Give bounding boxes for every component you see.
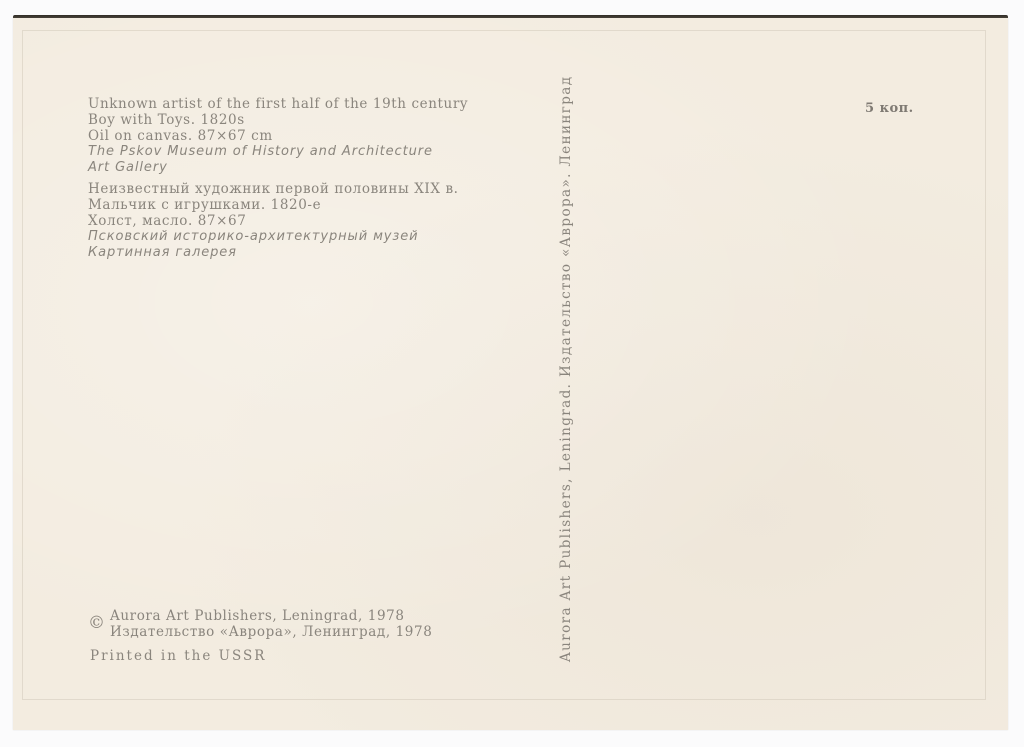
gallery-ru: Картинная галерея — [88, 245, 459, 261]
copyright-en: Aurora Art Publishers, Leningrad, 1978 — [110, 608, 432, 624]
vertical-publisher-imprint: Aurora Art Publishers, Leningrad. Издате… — [558, 76, 574, 662]
copyright-ru: Издательство «Аврора», Ленинград, 1978 — [110, 624, 432, 640]
museum-en: The Pskov Museum of History and Architec… — [88, 144, 468, 160]
printed-in: Printed in the USSR — [90, 648, 432, 664]
title-date-ru: Мальчик с игрушками. 1820-е — [88, 197, 459, 213]
medium-ru: Холст, масло. 87×67 — [88, 213, 459, 229]
artist-en: Unknown artist of the first half of the … — [88, 96, 468, 112]
copyright-block: © Aurora Art Publishers, Leningrad, 1978… — [90, 608, 432, 664]
museum-ru: Псковский историко-архитектурный музей — [88, 229, 459, 245]
gallery-en: Art Gallery — [88, 160, 468, 176]
caption-russian: Неизвестный художник первой половины XIX… — [88, 181, 459, 261]
caption-english: Unknown artist of the first half of the … — [88, 96, 468, 176]
artist-ru: Неизвестный художник первой половины XIX… — [88, 181, 459, 197]
price-label: 5 коп. — [865, 101, 914, 116]
title-date-en: Boy with Toys. 1820s — [88, 112, 468, 128]
medium-en: Oil on canvas. 87×67 cm — [88, 128, 468, 144]
copyright-icon: © — [88, 615, 106, 631]
